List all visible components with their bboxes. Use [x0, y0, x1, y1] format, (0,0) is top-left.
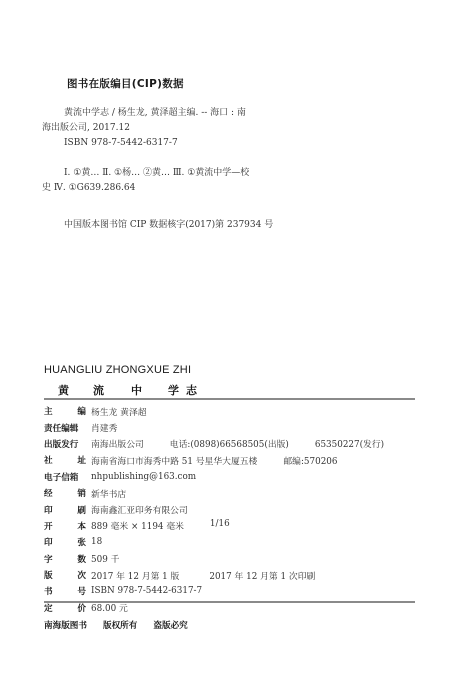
footer-copyright: 版权所有 — [103, 619, 137, 631]
label-char: 社 — [44, 454, 53, 466]
info-value: 肖建秀 — [91, 421, 117, 434]
label-char: 址 — [77, 454, 86, 466]
isbn-text: ISBN 978-7-5442-6317-7 — [91, 586, 202, 596]
cip-subject-line1: Ⅰ. ①黄… Ⅱ. ①杨… ②黄… Ⅲ. ①黄流中学—校 — [42, 166, 362, 181]
bottom-divider — [44, 601, 415, 603]
info-label: 印 张 — [44, 536, 86, 548]
cip-heading: 图书在版编目(CIP)数据 — [67, 76, 184, 91]
copyright-footer: 南海版图书 版权所有 盗版必究 — [44, 619, 188, 631]
info-value: 18 — [91, 537, 102, 547]
printing-text: 2017 年 12 月第 1 次印刷 — [209, 569, 315, 582]
info-value: 2017 年 12 月第 1 版 2017 年 12 月第 1 次印刷 — [91, 569, 315, 582]
info-value: 南海出版公司 电话:(0898)66568505(出版) 65350227(发行… — [91, 437, 384, 450]
top-divider — [44, 398, 415, 400]
email-text: nhpublishing@163.com — [91, 472, 196, 482]
title-char: 黄 — [58, 382, 93, 398]
footer-piracy-warning: 盗版必究 — [153, 619, 187, 631]
label-char: 本 — [77, 520, 86, 532]
value-text: 海南鑫汇亚印务有限公司 — [91, 503, 188, 516]
info-row-word-count: 字 数 509 千 — [44, 551, 424, 567]
info-value: 海南鑫汇亚印务有限公司 — [91, 503, 188, 516]
publisher-name: 南海出版公司 — [91, 437, 144, 450]
label-text: 出版发行 — [44, 438, 78, 450]
label-char: 号 — [77, 585, 86, 597]
info-row-format: 开 本 889 毫米 × 1194 毫米 1/16 — [44, 518, 424, 534]
book-title-pinyin: HUANGLIU ZHONGXUE ZHI — [44, 364, 191, 376]
info-label: 责任编辑 — [44, 422, 86, 434]
publisher-phone: 电话:(0898)66568505(出版) — [170, 437, 289, 450]
publication-info-table: 主 编 杨生龙 黄泽超 责任编辑 肖建秀 出版发行 南海出版公司 电话:(089… — [44, 403, 424, 616]
info-row-chief-editor: 主 编 杨生龙 黄泽超 — [44, 403, 424, 419]
title-char: 流 — [93, 382, 131, 398]
info-label: 印 刷 — [44, 504, 86, 516]
info-row-sheets: 印 张 18 — [44, 534, 424, 550]
label-char: 书 — [44, 585, 53, 597]
label-char: 刷 — [77, 504, 86, 516]
info-row-edition: 版 次 2017 年 12 月第 1 版 2017 年 12 月第 1 次印刷 — [44, 567, 424, 583]
postcode-text: 邮编:570206 — [283, 454, 337, 467]
label-char: 开 — [44, 520, 53, 532]
value-text: 509 千 — [91, 552, 119, 565]
info-label: 电子信箱 — [44, 471, 86, 483]
title-char: 志 — [186, 382, 204, 398]
label-text: 责任编辑 — [44, 422, 78, 434]
info-value: 新华书店 — [91, 487, 126, 500]
label-char: 销 — [77, 487, 86, 499]
info-label: 社 址 — [44, 454, 86, 466]
label-char: 定 — [44, 602, 53, 614]
info-row-isbn: 书 号 ISBN 978-7-5442-6317-7 — [44, 583, 424, 599]
info-row-printer: 印 刷 海南鑫汇亚印务有限公司 — [44, 501, 424, 517]
info-value: ISBN 978-7-5442-6317-7 — [91, 586, 202, 596]
footer-publisher-book: 南海版图书 — [44, 619, 87, 631]
info-value: 68.00 元 — [91, 601, 128, 614]
label-char: 印 — [44, 536, 53, 548]
info-label: 经 销 — [44, 487, 86, 499]
cip-entry: 黄流中学志 / 杨生龙, 黄泽超主编. -- 海口 : 南 海出版公司, 201… — [42, 106, 362, 151]
label-text: 电子信箱 — [44, 471, 78, 483]
label-char: 印 — [44, 504, 53, 516]
info-label: 书 号 — [44, 585, 86, 597]
address-text: 海南省海口市海秀中路 51 号星华大厦五楼 — [91, 454, 257, 467]
label-char: 经 — [44, 487, 53, 499]
info-row-distributor: 经 销 新华书店 — [44, 485, 424, 501]
label-char: 字 — [44, 553, 53, 565]
label-char: 主 — [44, 405, 53, 417]
label-char: 数 — [77, 553, 86, 565]
format-size: 889 毫米 × 1194 毫米 — [91, 519, 184, 532]
cip-isbn: ISBN 978-7-5442-6317-7 — [42, 136, 362, 151]
info-label: 开 本 — [44, 520, 86, 532]
info-row-publisher: 出版发行 南海出版公司 电话:(0898)66568505(出版) 653502… — [44, 436, 424, 452]
info-row-responsible-editor: 责任编辑 肖建秀 — [44, 419, 424, 435]
info-label: 定 价 — [44, 602, 86, 614]
info-value: 509 千 — [91, 552, 119, 565]
value-text: 肖建秀 — [91, 421, 117, 434]
price-text: 68.00 元 — [91, 601, 128, 614]
label-char: 编 — [77, 405, 86, 417]
value-text: 新华书店 — [91, 487, 126, 500]
label-char: 价 — [77, 602, 86, 614]
info-value: 889 毫米 × 1194 毫米 1/16 — [91, 519, 230, 532]
label-char: 版 — [44, 569, 53, 581]
cip-subjects: Ⅰ. ①黄… Ⅱ. ①杨… ②黄… Ⅲ. ①黄流中学—校 史 Ⅳ. ①G639.… — [42, 166, 362, 196]
info-label: 版 次 — [44, 569, 86, 581]
info-row-address: 社 址 海南省海口市海秀中路 51 号星华大厦五楼 邮编:570206 — [44, 452, 424, 468]
info-value: nhpublishing@163.com — [91, 472, 196, 482]
value-text: 杨生龙 黄泽超 — [91, 405, 147, 418]
label-char: 张 — [77, 536, 86, 548]
label-char: 次 — [77, 569, 86, 581]
value-text: 18 — [91, 537, 102, 547]
book-title-chinese: 黄 流 中 学 志 — [58, 382, 204, 398]
cip-entry-line2: 海出版公司, 2017.12 — [42, 121, 362, 136]
info-value: 杨生龙 黄泽超 — [91, 405, 147, 418]
info-label: 主 编 — [44, 405, 86, 417]
distribution-phone: 65350227(发行) — [315, 437, 384, 450]
cip-entry-line1: 黄流中学志 / 杨生龙, 黄泽超主编. -- 海口 : 南 — [42, 106, 362, 121]
title-char: 学 — [168, 382, 186, 398]
cip-library-note: 中国版本图书馆 CIP 数据核字(2017)第 237934 号 — [42, 218, 384, 233]
info-row-email: 电子信箱 nhpublishing@163.com — [44, 469, 424, 485]
cip-subject-line2: 史 Ⅳ. ①G639.286.64 — [42, 181, 362, 196]
format-fold: 1/16 — [210, 519, 230, 532]
edition-text: 2017 年 12 月第 1 版 — [91, 569, 179, 582]
info-label: 出版发行 — [44, 438, 86, 450]
title-char: 中 — [131, 382, 168, 398]
info-label: 字 数 — [44, 553, 86, 565]
info-value: 海南省海口市海秀中路 51 号星华大厦五楼 邮编:570206 — [91, 454, 337, 467]
